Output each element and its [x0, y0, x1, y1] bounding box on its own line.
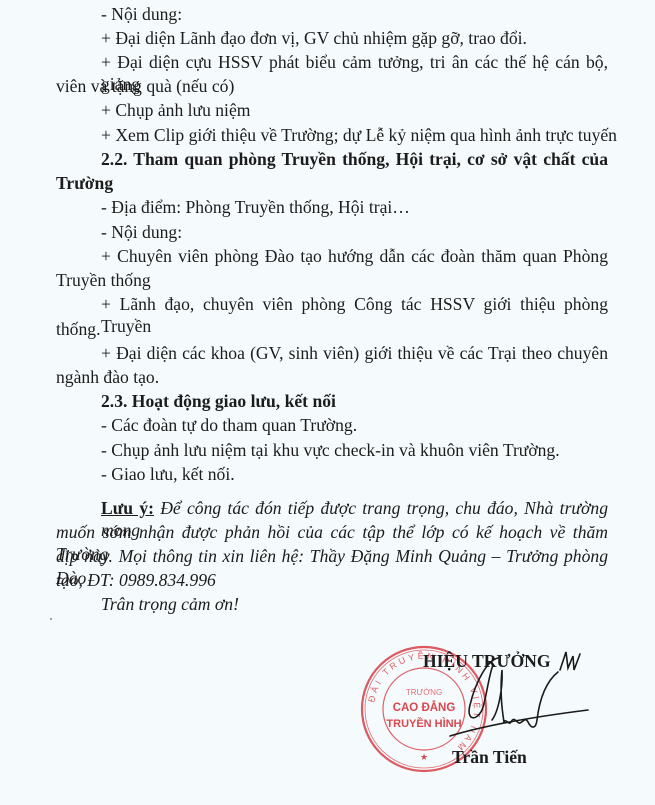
note-label: Lưu ý: [101, 498, 154, 518]
list-item-continuation: thống. [56, 318, 100, 340]
list-item: + Đại diện các khoa (GV, sinh viên) giới… [101, 342, 608, 364]
location-line: - Địa điểm: Phòng Truyền thống, Hội trại… [101, 196, 410, 218]
section-heading-continuation: Trường [56, 172, 113, 194]
list-item: + Chụp ảnh lưu niệm [101, 99, 250, 121]
stamp-text-top: TRƯỜNG [406, 688, 442, 697]
list-item: - Giao lưu, kết nối. [101, 463, 235, 485]
list-item: - Các đoàn tự do tham quan Trường. [101, 414, 357, 436]
list-item-continuation: ngành đào tạo. [56, 366, 159, 388]
content-label: - Nội dung: [101, 3, 182, 25]
list-item-continuation: viên và tặng quà (nếu có) [56, 75, 234, 97]
list-item: + Lãnh đạo, chuyên viên phòng Công tác H… [101, 293, 608, 337]
star-icon: ★ [420, 752, 428, 762]
closing-thanks: Trân trọng cảm ơn! [101, 593, 239, 615]
list-item: - Chụp ảnh lưu niệm tại khu vực check-in… [101, 439, 560, 461]
signer-name: Trần Tiến [452, 747, 527, 768]
list-item-continuation: Truyền thống [56, 269, 151, 291]
section-heading: 2.3. Hoạt động giao lưu, kết nối [101, 390, 336, 412]
list-item: + Xem Clip giới thiệu về Trường; dự Lễ k… [101, 124, 617, 146]
section-heading: 2.2. Tham quan phòng Truyền thống, Hội t… [101, 148, 608, 170]
list-item: + Chuyên viên phòng Đào tạo hướng dẫn cá… [101, 245, 608, 267]
handwritten-signature [440, 650, 610, 750]
note-line: tạo, ĐT: 0989.834.996 [56, 569, 216, 591]
scan-speck [50, 618, 52, 620]
content-label: - Nội dung: [101, 221, 182, 243]
list-item: + Đại diện Lãnh đạo đơn vị, GV chủ nhiệm… [101, 27, 527, 49]
